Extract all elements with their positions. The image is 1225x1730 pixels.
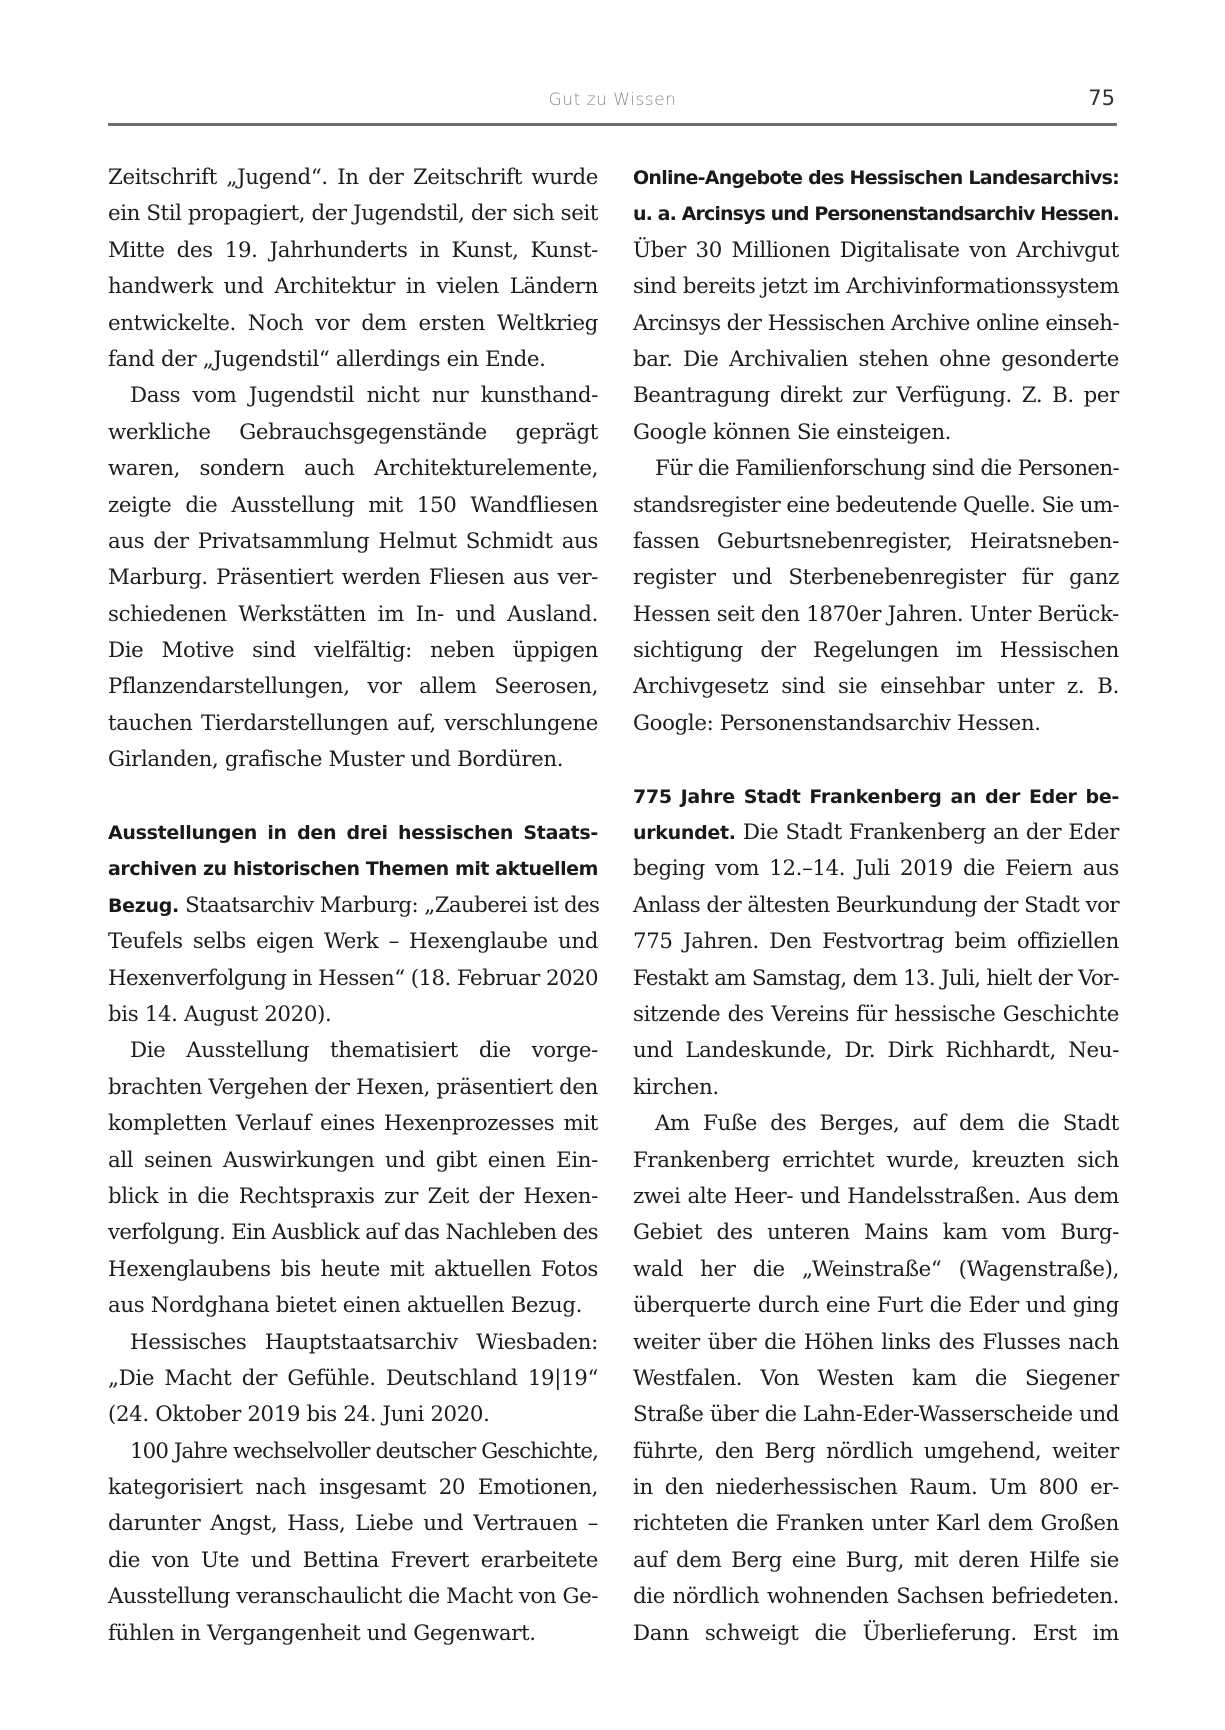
text-line: in den niederhessischen Raum. Um 800 er-	[633, 1470, 1119, 1506]
text-line: die nördlich wohnenden Sachsen befriedet…	[633, 1579, 1119, 1615]
paragraph-gefuehle: 100 Jahre wechselvoller deutscher Geschi…	[108, 1434, 598, 1652]
text-line: Anlass der ältesten Beurkundung der Stad…	[633, 888, 1119, 924]
text-line: Straße über die Lahn-Eder-Wasserscheide …	[633, 1397, 1119, 1433]
text-line: führte, den Berg nördlich umgehend, weit…	[633, 1434, 1119, 1470]
section-gap	[633, 742, 1119, 778]
text-line: fand der „Jugendstil“ allerdings ein End…	[108, 342, 598, 378]
text-line: weiter über die Höhen links des Flusses …	[633, 1325, 1119, 1361]
text-line: fühlen in Vergangenheit und Gegenwart.	[108, 1616, 598, 1652]
text-line: Dass vom Jugendstil nicht nur kunsthand-	[108, 378, 598, 414]
text-line: Teufels selbs eigen Werk – Hexenglaube u…	[108, 924, 598, 960]
paragraph-wiesbaden: Hessisches Hauptstaatsarchiv Wiesbaden: …	[108, 1325, 598, 1434]
text-line: waren, sondern auch Architekturelemente,	[108, 451, 598, 487]
paragraph-jugendstil-intro: Zeitschrift „Jugend“. In der Zeitschrift…	[108, 160, 598, 378]
text-line: Über 30 Millionen Digitalisate von Archi…	[633, 233, 1119, 269]
section-exhibitions: Ausstellungen in den drei hessischen Sta…	[108, 815, 598, 1033]
text-line: Hexenglaubens bis heute mit aktuellen Fo…	[108, 1252, 598, 1288]
paragraph-wandfliesen: Dass vom Jugendstil nicht nur kunsthand-…	[108, 378, 598, 778]
text-line: 775 Jahren. Den Festvortrag beim offizie…	[633, 924, 1119, 960]
text-line: Hessisches Hauptstaatsarchiv Wiesbaden:	[108, 1325, 598, 1361]
text-line: Festakt am Samstag, dem 13. Juli, hielt …	[633, 961, 1119, 997]
section-heading: Online-Angebote des Hessischen Landesarc…	[633, 160, 1119, 196]
text-line: überquerte durch eine Furt die Eder und …	[633, 1288, 1119, 1324]
text-line: kategorisiert nach insgesamt 20 Emotione…	[108, 1470, 598, 1506]
text-line: Die Ausstellung thematisiert die vorge-	[108, 1033, 598, 1069]
right-column: Online-Angebote des Hessischen Landesarc…	[633, 160, 1119, 1652]
text-line: auf dem Berg eine Burg, mit deren Hilfe …	[633, 1543, 1119, 1579]
text-line: ein Stil propagiert, der Jugendstil, der…	[108, 196, 598, 232]
text-line: Archivgesetz sind sie einsehbar unter z.…	[633, 669, 1119, 705]
text-line: standsregister eine bedeutende Quelle. S…	[633, 488, 1119, 524]
section-heading-tail: Bezug.	[108, 895, 179, 917]
text-line: Westfalen. Von Westen kam die Siegener	[633, 1361, 1119, 1397]
section-heading: Ausstellungen in den drei hessischen Sta…	[108, 815, 598, 851]
text-line: beging vom 12.–14. Juli 2019 die Feiern …	[633, 851, 1119, 887]
text-line: Gebiet des unteren Mains kam vom Burg-	[633, 1215, 1119, 1251]
text-line: sind bereits jetzt im Archivinformations…	[633, 269, 1119, 305]
text-line: Die Motive sind vielfältig: neben üppige…	[108, 633, 598, 669]
text-line: Bezug. Staatsarchiv Marburg: „Zauberei i…	[108, 888, 598, 924]
text-line: tauchen Tierdarstellungen auf, verschlun…	[108, 706, 598, 742]
section-frankenberg: 775 Jahre Stadt Frankenberg an der Eder …	[633, 779, 1119, 1107]
running-title: Gut zu Wissen	[108, 90, 1117, 110]
section-heading: archiven zu historischen Themen mit aktu…	[108, 851, 598, 887]
text-line: register und Sterbenebenregister für gan…	[633, 560, 1119, 596]
section-gap	[108, 779, 598, 815]
section-heading-tail: urkundet.	[633, 822, 736, 844]
text-line: Mitte des 19. Jahrhunderts in Kunst, Kun…	[108, 233, 598, 269]
text-line: aus Nordghana bietet einen aktuellen Bez…	[108, 1288, 598, 1324]
text-line: und Landeskunde, Dr. Dirk Richhardt, Neu…	[633, 1033, 1119, 1069]
text-line: werkliche Gebrauchsgegenstände geprägt	[108, 415, 598, 451]
run-in-text: Die Stadt Frankenberg an der Eder	[736, 820, 1119, 845]
text-line: (24. Oktober 2019 bis 24. Juni 2020.	[108, 1397, 598, 1433]
page-number: 75	[1088, 86, 1115, 110]
text-line: Google: Personenstandsarchiv Hessen.	[633, 706, 1119, 742]
text-line: fassen Geburtsnebenregister, Heiratsnebe…	[633, 524, 1119, 560]
header-rule	[108, 123, 1117, 126]
text-line: Google können Sie einsteigen.	[633, 415, 1119, 451]
text-line: Marburg. Präsentiert werden Fliesen aus …	[108, 560, 598, 596]
text-line: richteten die Franken unter Karl dem Gro…	[633, 1506, 1119, 1542]
text-line: kompletten Verlauf eines Hexenprozesses …	[108, 1106, 598, 1142]
text-line: Hexenverfolgung in Hessen“ (18. Februar …	[108, 961, 598, 997]
text-line: die von Ute und Bettina Frevert erarbeit…	[108, 1543, 598, 1579]
text-line: sichtigung der Regelungen im Hessischen	[633, 633, 1119, 669]
text-line: Frankenberg errichtet wurde, kreuzten si…	[633, 1143, 1119, 1179]
text-line: Am Fuße des Berges, auf dem die Stadt	[633, 1106, 1119, 1142]
text-line: zwei alte Heer- und Handelsstraßen. Aus …	[633, 1179, 1119, 1215]
paragraph-familienforschung: Für die Familienforschung sind die Perso…	[633, 451, 1119, 742]
text-line: 100 Jahre wechselvoller deutscher Geschi…	[108, 1434, 598, 1470]
section-heading: u. a. Arcinsys und Personenstandsarchiv …	[633, 196, 1119, 232]
text-line: Girlanden, grafische Muster und Bordüren…	[108, 742, 598, 778]
text-line: bis 14. August 2020).	[108, 997, 598, 1033]
text-line: darunter Angst, Hass, Liebe und Vertraue…	[108, 1506, 598, 1542]
text-line: wald her die „Weinstraße“ (Wagenstraße),	[633, 1252, 1119, 1288]
section-online-offers: Online-Angebote des Hessischen Landesarc…	[633, 160, 1119, 451]
text-line: Pflanzendarstellungen, vor allem Seerose…	[108, 669, 598, 705]
text-line: urkundet. Die Stadt Frankenberg an der E…	[633, 815, 1119, 851]
text-line: sitzende des Vereins für hessische Gesch…	[633, 997, 1119, 1033]
text-line: zeigte die Ausstellung mit 150 Wandflies…	[108, 488, 598, 524]
text-line: Ausstellung veranschaulicht die Macht vo…	[108, 1579, 598, 1615]
text-line: blick in die Rechtspraxis zur Zeit der H…	[108, 1179, 598, 1215]
text-line: entwickelte. Noch vor dem ersten Weltkri…	[108, 306, 598, 342]
text-line: verfolgung. Ein Ausblick auf das Nachleb…	[108, 1215, 598, 1251]
running-header: Gut zu Wissen 75	[108, 86, 1117, 116]
text-line: schiedenen Werkstätten im In- und Auslan…	[108, 597, 598, 633]
text-line: Für die Familienforschung sind die Perso…	[633, 451, 1119, 487]
paragraph-hexen-exhibition: Die Ausstellung thematisiert die vorge- …	[108, 1033, 598, 1324]
text-line: Zeitschrift „Jugend“. In der Zeitschrift…	[108, 160, 598, 196]
book-page: Gut zu Wissen 75 Zeitschrift „Jugend“. I…	[0, 0, 1225, 1730]
text-line: kirchen.	[633, 1070, 1119, 1106]
left-column: Zeitschrift „Jugend“. In der Zeitschrift…	[108, 160, 598, 1652]
text-line: handwerk und Architektur in vielen Lände…	[108, 269, 598, 305]
text-line: Beantragung direkt zur Verfügung. Z. B. …	[633, 378, 1119, 414]
text-line: Dann schweigt die Überlieferung. Erst im	[633, 1616, 1119, 1652]
section-heading: 775 Jahre Stadt Frankenberg an der Eder …	[633, 779, 1119, 815]
text-line: brachten Vergehen der Hexen, präsentiert…	[108, 1070, 598, 1106]
text-line: Arcinsys der Hessischen Archive online e…	[633, 306, 1119, 342]
text-line: aus der Privatsammlung Helmut Schmidt au…	[108, 524, 598, 560]
text-line: Hessen seit den 1870er Jahren. Unter Ber…	[633, 597, 1119, 633]
text-line: „Die Macht der Gefühle. Deutschland 19|1…	[108, 1361, 598, 1397]
text-line: bar. Die Archivalien stehen ohne gesonde…	[633, 342, 1119, 378]
text-line: all seinen Auswirkungen und gibt einen E…	[108, 1143, 598, 1179]
paragraph-berg-history: Am Fuße des Berges, auf dem die Stadt Fr…	[633, 1106, 1119, 1652]
run-in-text: Staatsarchiv Marburg: „Zauberei ist des	[179, 893, 599, 918]
